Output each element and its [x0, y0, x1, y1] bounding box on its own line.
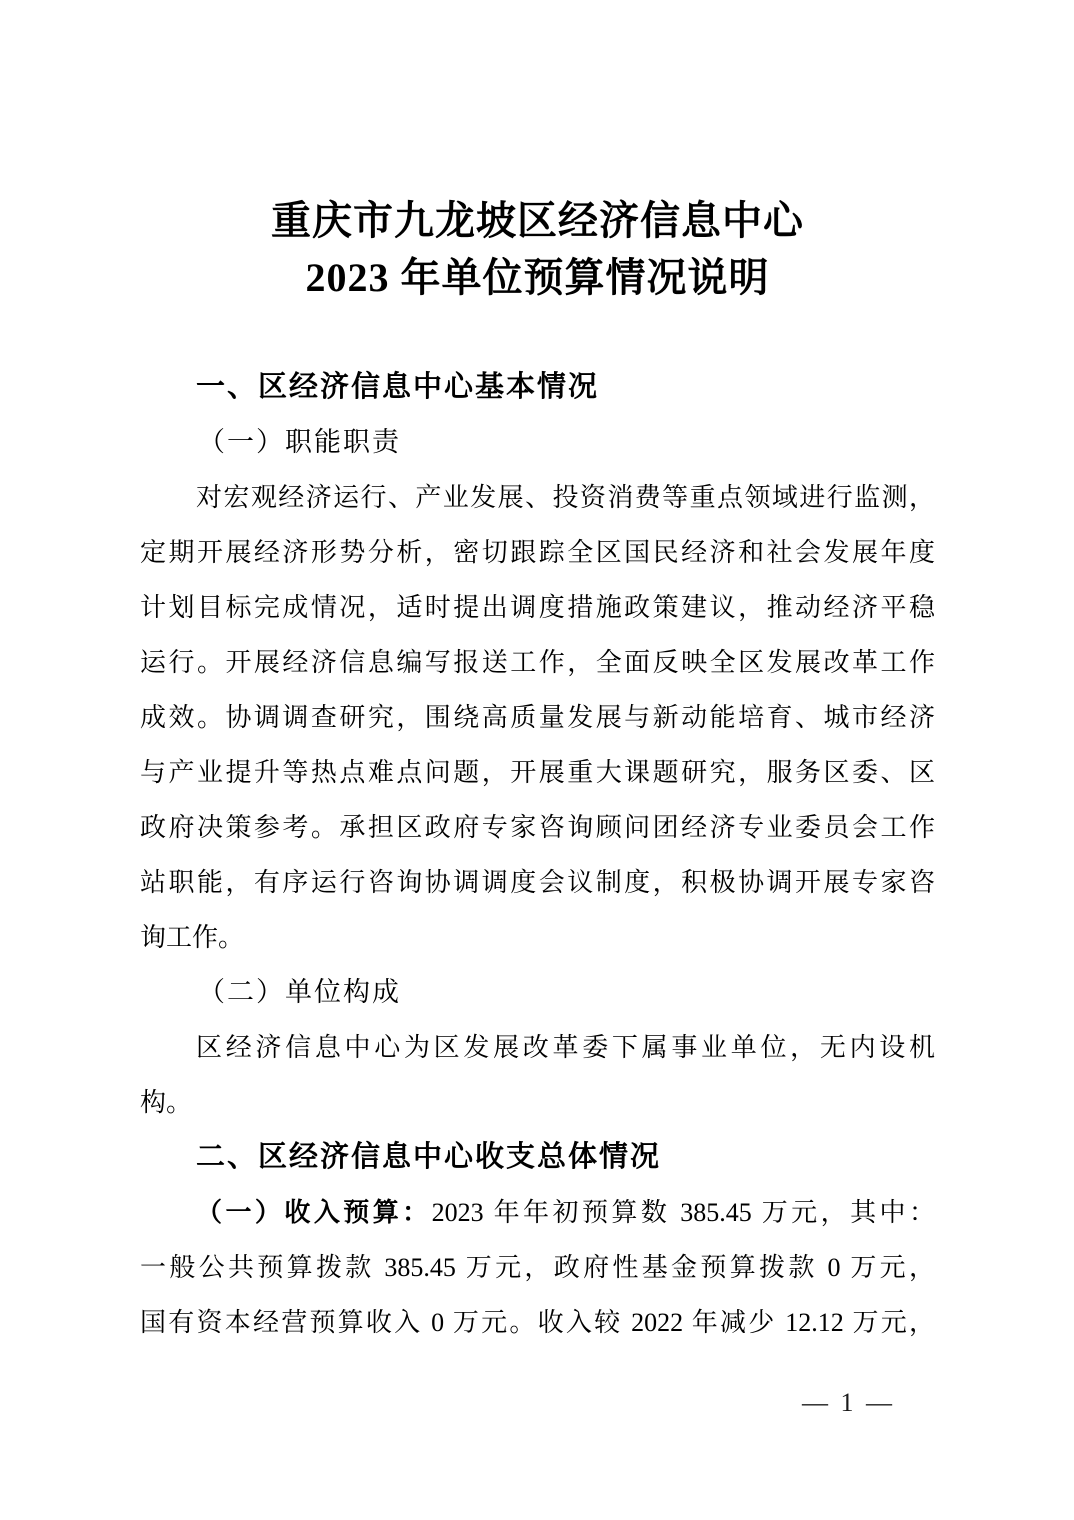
document-title-line-2: 2023 年单位预算情况说明	[140, 249, 935, 306]
body-line: （一）收入预算：2023 年年初预算数 385.45 万元，其中：	[140, 1185, 935, 1240]
body-line: 政府决策参考。承担区政府专家咨询顾问团经济专业委员会工作	[140, 800, 935, 855]
body-line: 成效。协调调查研究，围绕高质量发展与新动能培育、城市经济	[140, 690, 935, 745]
body-line: 对宏观经济运行、产业发展、投资消费等重点领域进行监测，	[140, 470, 935, 525]
section2-heading: 二、区经济信息中心收支总体情况	[140, 1130, 935, 1185]
body-line: 询工作。	[140, 910, 935, 965]
body-line: 站职能，有序运行咨询协调调度会议制度，积极协调开展专家咨	[140, 855, 935, 910]
body-line: 一般公共预算拨款 385.45 万元，政府性基金预算拨款 0 万元，	[140, 1240, 935, 1295]
page-number: — 1 —	[140, 1388, 935, 1418]
section1-sub1-heading: （一）职能职责	[140, 415, 935, 470]
body-line: 定期开展经济形势分析，密切跟踪全区国民经济和社会发展年度	[140, 525, 935, 580]
body-line: 与产业提升等热点难点问题，开展重大课题研究，服务区委、区	[140, 745, 935, 800]
income-budget-lead: （一）收入预算：	[196, 1198, 432, 1227]
section1-heading: 一、区经济信息中心基本情况	[140, 360, 935, 415]
body-line: 区经济信息中心为区发展改革委下属事业单位，无内设机	[140, 1020, 935, 1075]
body-line: 国有资本经营预算收入 0 万元。收入较 2022 年减少 12.12 万元，	[140, 1295, 935, 1350]
document-page: 重庆市九龙坡区经济信息中心 2023 年单位预算情况说明 一、区经济信息中心基本…	[0, 0, 1074, 1520]
body-line: 构。	[140, 1075, 935, 1130]
body-line: 运行。开展经济信息编写报送工作，全面反映全区发展改革工作	[140, 635, 935, 690]
body-line: 计划目标完成情况，适时提出调度措施政策建议，推动经济平稳	[140, 580, 935, 635]
title-gap	[140, 306, 935, 360]
income-budget-text: 2023 年年初预算数 385.45 万元，其中：	[432, 1198, 935, 1227]
document-title-line-1: 重庆市九龙坡区经济信息中心	[140, 192, 935, 249]
section1-sub2-heading: （二）单位构成	[140, 965, 935, 1020]
